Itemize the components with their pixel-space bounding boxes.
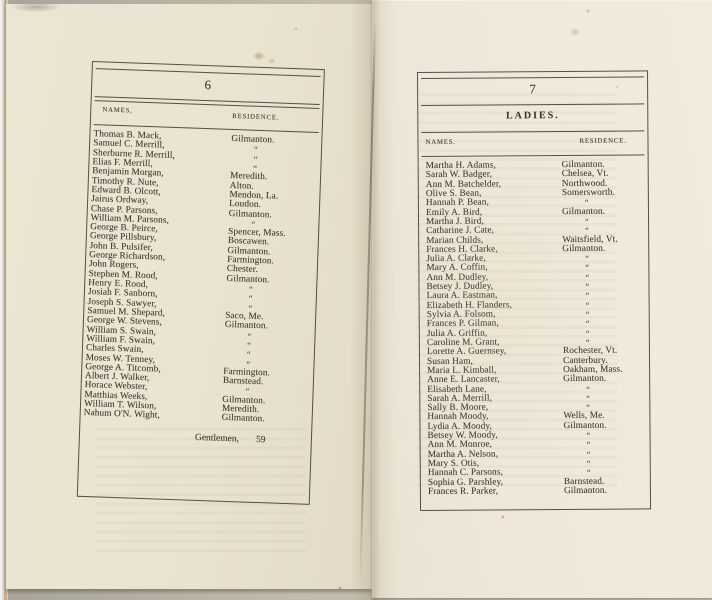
residence-cell: Gilmanton. [564, 486, 650, 496]
right-page-leaf: 7 LADIES. NAMES. RESIDENCE. Martha H. Ad… [372, 0, 712, 598]
column-header-residence: RESIDENCE. [232, 113, 279, 122]
ladies-title: LADIES. [418, 108, 647, 124]
book-photo: 6 NAMES, RESIDENCE. Thomas B. Mack, Gilm… [0, 0, 712, 600]
summary-count: 59 [256, 435, 266, 445]
summary-label: Gentlemen, [195, 433, 239, 445]
page-number: 7 [418, 79, 647, 99]
column-headers: NAMES. RESIDENCE. [418, 134, 647, 150]
residence-cell: Gilmanton. [221, 414, 311, 426]
left-page-leaf: 6 NAMES, RESIDENCE. Thomas B. Mack, Gilm… [6, 4, 372, 589]
names-list: Martha H. Adams, Gilmanton. Sarah W. Bad… [419, 160, 650, 497]
header-rule [422, 154, 645, 157]
right-page-table: 7 LADIES. NAMES. RESIDENCE. Martha H. Ad… [417, 70, 651, 511]
column-header-residence: RESIDENCE. [579, 138, 626, 145]
title-top-rule [421, 103, 644, 106]
left-page-table: 6 NAMES, RESIDENCE. Thomas B. Mack, Gilm… [77, 61, 325, 505]
table-row: Frances R. Parker, Gilmanton. [428, 486, 650, 497]
title-bottom-rule [421, 130, 644, 133]
column-header-names: NAMES, [102, 106, 133, 114]
gentlemen-summary: Gentlemen,59 [80, 428, 311, 447]
name-cell: Frances R. Parker, [428, 487, 564, 497]
page-number: 6 [92, 72, 323, 98]
column-header-names: NAMES. [425, 139, 455, 146]
names-list: Thomas B. Mack, Gilmanton. Samuel C. Mer… [81, 130, 322, 427]
